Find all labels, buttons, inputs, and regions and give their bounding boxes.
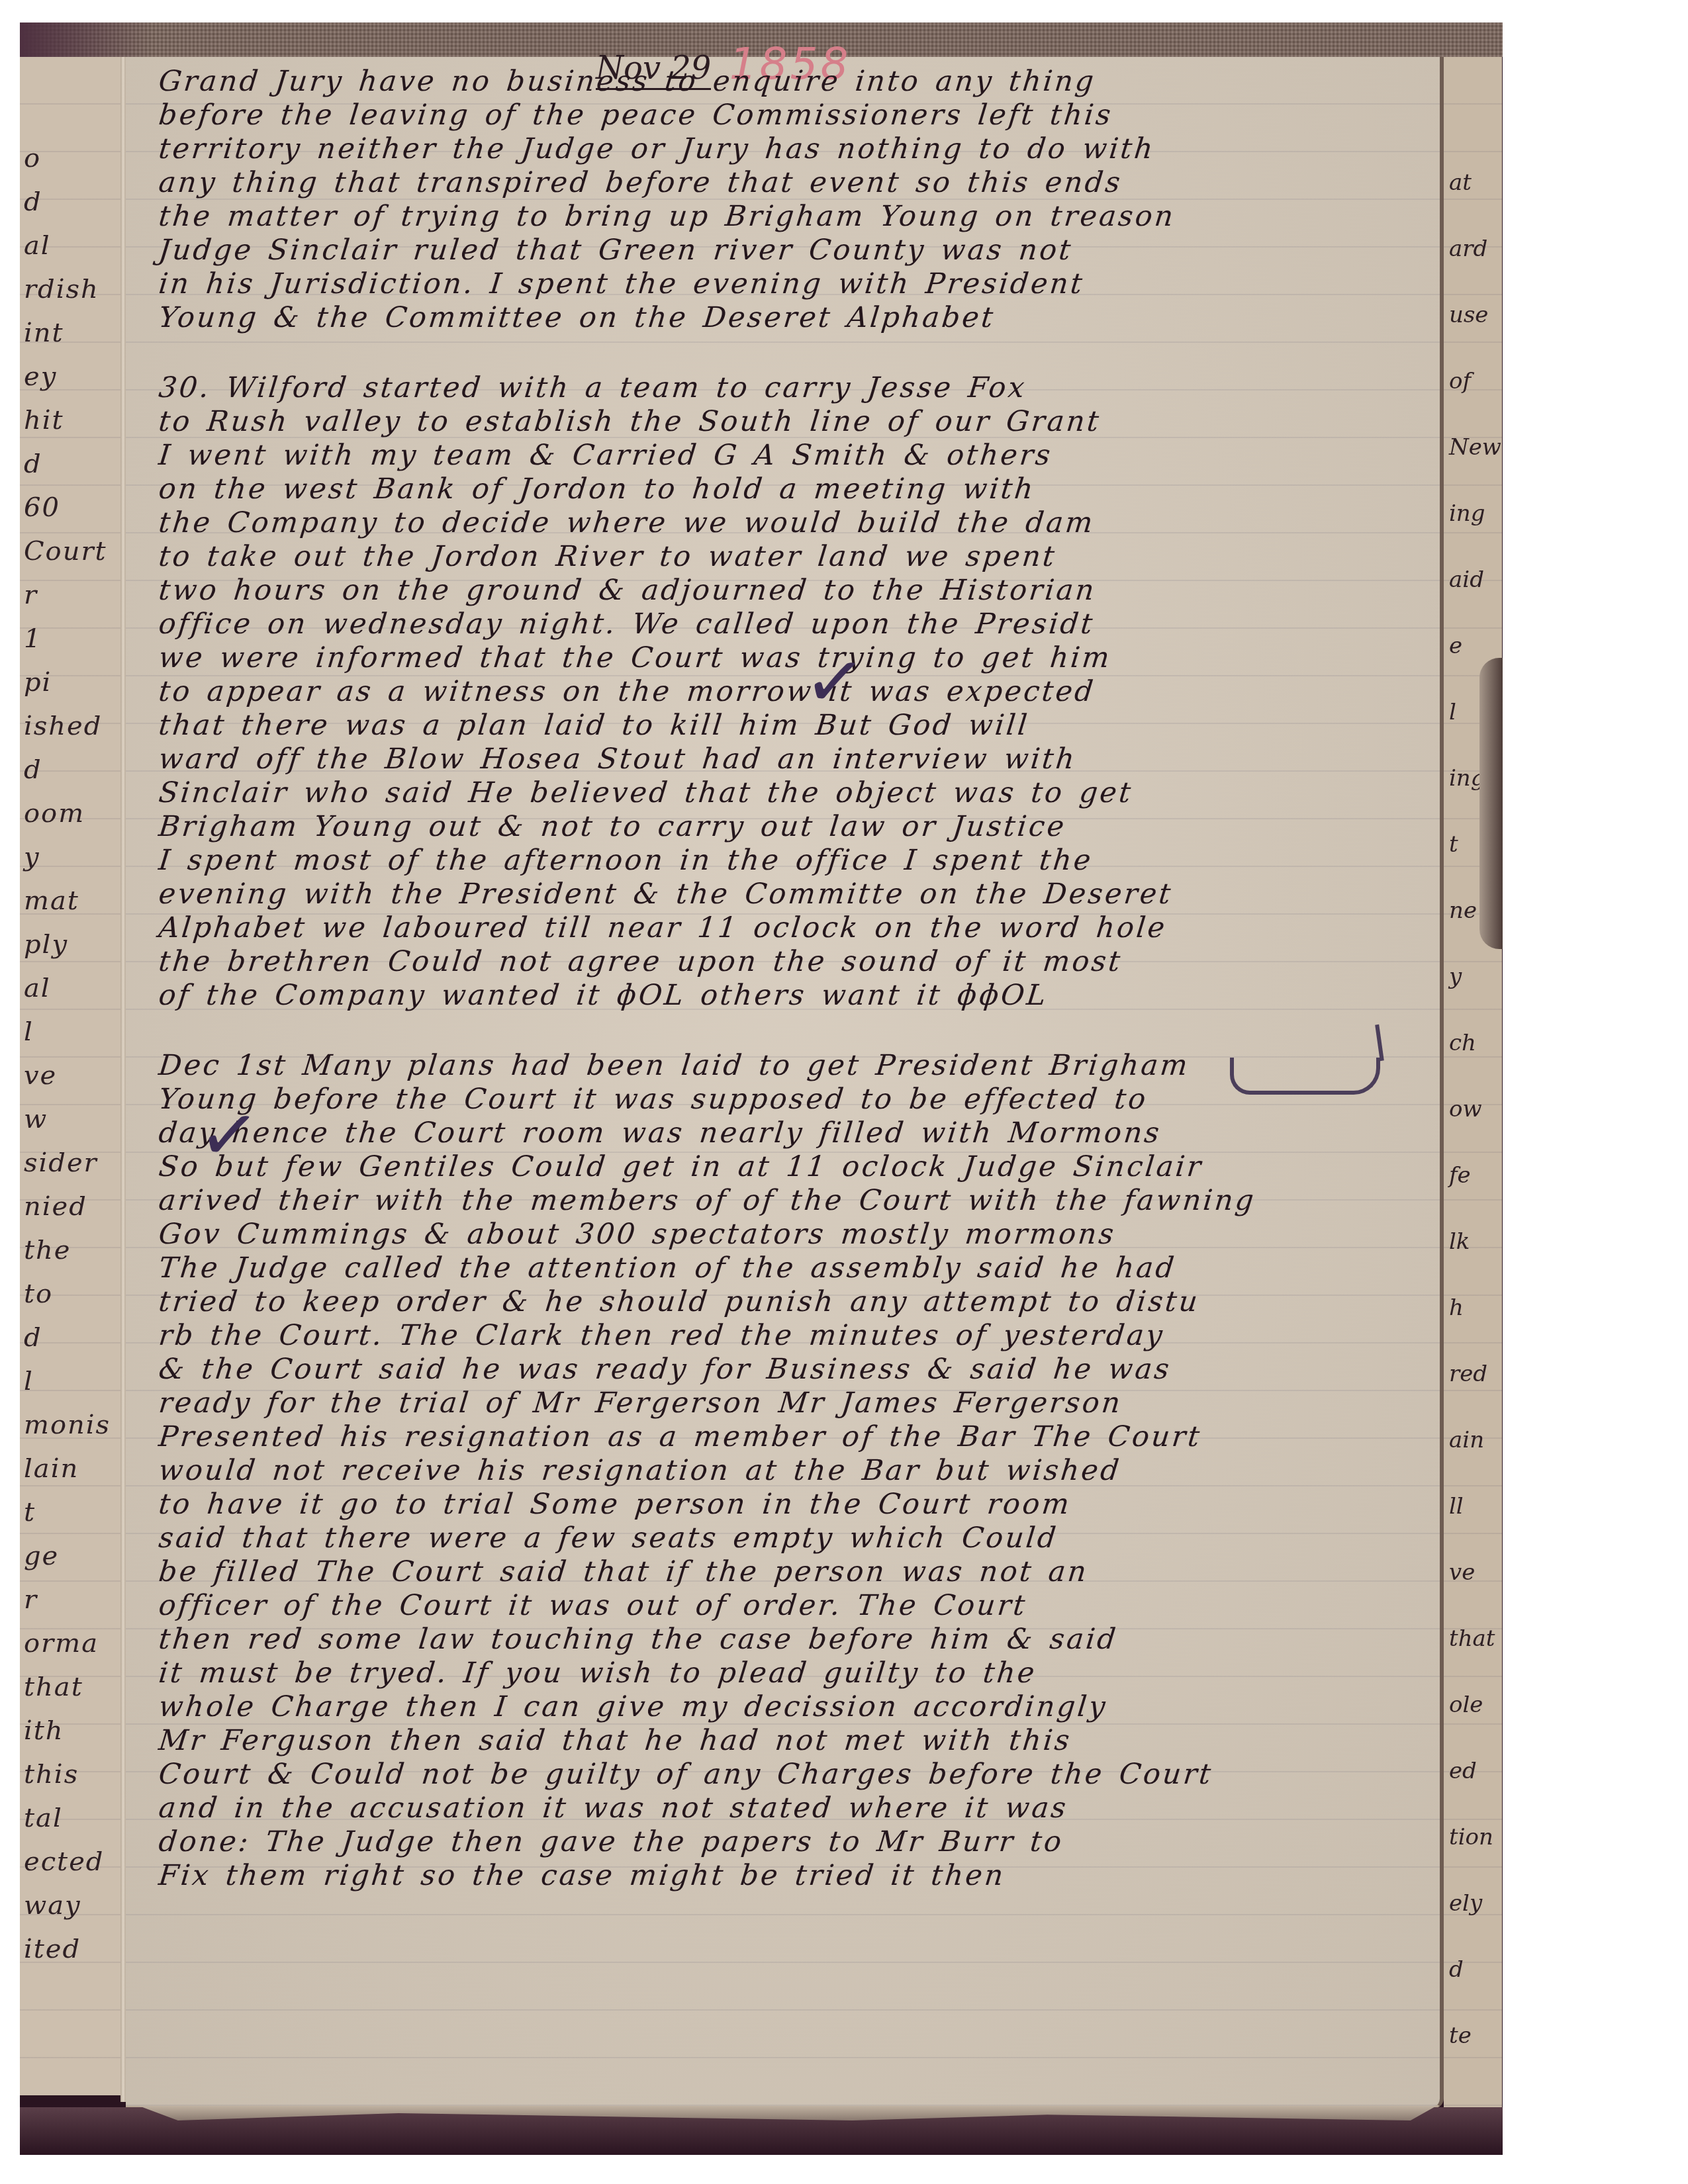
right-strip-fragment-text: t xyxy=(1449,831,1458,858)
text-line: 30. Wilford started with a team to carry… xyxy=(157,371,1418,405)
text-line: officer of the Court it was out of order… xyxy=(157,1589,1418,1623)
text-line: it must be tryed. If you wish to plead g… xyxy=(157,1657,1418,1690)
right-strip-fragment-text: of xyxy=(1449,368,1471,394)
text-line: to Rush valley to establish the South li… xyxy=(157,405,1418,439)
text-line: whole Charge then I can give my decissio… xyxy=(157,1690,1418,1724)
text-line: said that there were a few seats empty w… xyxy=(157,1522,1418,1555)
left-page-fragment-text: d xyxy=(24,1322,42,1353)
text-line: office on wednesday night. We called upo… xyxy=(157,608,1418,641)
left-page-fragment-text: to xyxy=(24,1279,53,1309)
text-line: Presented his resignation as a member of… xyxy=(157,1420,1418,1454)
text-line: rb the Court. The Clark then red the min… xyxy=(157,1319,1418,1353)
left-page-fragment-text: rdish xyxy=(24,274,99,304)
left-page-fragment-text: ey xyxy=(24,361,57,392)
text-line: then red some law touching the case befo… xyxy=(157,1623,1418,1657)
right-strip-fragment-text: New xyxy=(1449,434,1501,461)
left-page-fragment-text: ve xyxy=(24,1060,57,1091)
left-page-fragment-text: r xyxy=(24,580,38,610)
text-line: to appear as a witness on the morrow it … xyxy=(157,675,1418,709)
text-line: any thing that transpired before that ev… xyxy=(157,166,1418,200)
left-page-fragment-text: nied xyxy=(24,1191,87,1222)
right-strip-fragment-text: red xyxy=(1449,1361,1487,1387)
text-line: that there was a plan laid to kill him B… xyxy=(157,709,1418,743)
right-strip-fragment-text: y xyxy=(1449,964,1462,990)
left-page-fragment-text: l xyxy=(24,1366,34,1396)
right-strip-fragment-text: ely xyxy=(1449,1890,1482,1917)
journal-text: Grand Jury have no business to enquire i… xyxy=(159,65,1417,1893)
right-strip-fragment-text: d xyxy=(1449,1956,1464,1983)
right-strip-fragment-text: ed xyxy=(1449,1758,1477,1784)
right-strip-fragment-text: ing xyxy=(1449,500,1485,527)
left-page-fragment-text: l xyxy=(24,1017,34,1047)
text-line: Gov Cummings & about 300 spectators most… xyxy=(157,1218,1418,1251)
left-page-fragment-text: r xyxy=(24,1584,38,1615)
text-line: The Judge called the attention of the as… xyxy=(157,1251,1418,1285)
right-strip-fragment-text: tion xyxy=(1449,1824,1493,1850)
text-line: Court & Could not be guilty of any Charg… xyxy=(157,1758,1418,1792)
left-page-fragment-text: int xyxy=(24,318,64,348)
text-line: and in the accusation it was not stated … xyxy=(157,1792,1418,1825)
left-page-fragment-text: this xyxy=(24,1759,79,1790)
text-line: Grand Jury have no business to enquire i… xyxy=(157,65,1418,99)
right-strip-fragment-text: at xyxy=(1449,169,1472,196)
text-line: territory neither the Judge or Jury has … xyxy=(157,132,1418,166)
left-page-fragment-text: ith xyxy=(24,1715,64,1746)
text-line: Fix them right so the case might be trie… xyxy=(157,1859,1418,1893)
text-line: Brigham Young out & not to carry out law… xyxy=(157,810,1418,844)
text-line: to have it go to trial Some person in th… xyxy=(157,1488,1418,1522)
right-strip-fragment-text: ch xyxy=(1449,1030,1476,1056)
text-line: we were informed that the Court was tryi… xyxy=(157,641,1418,675)
torn-edge-shadow xyxy=(1479,658,1503,949)
text-line: the brethren Could not agree upon the so… xyxy=(157,945,1418,979)
text-line: Mr Ferguson then said that he had not me… xyxy=(157,1724,1418,1758)
left-page-fragment-text: sider xyxy=(24,1148,98,1178)
right-strip-fragment-text: lk xyxy=(1449,1228,1470,1255)
text-line: Alphabet we laboured till near 11 oclock… xyxy=(157,911,1418,945)
left-page-fragment-text: 60 xyxy=(24,492,60,523)
text-line: day hence the Court room was nearly fill… xyxy=(157,1116,1418,1150)
left-page-fragment-text: 1 xyxy=(24,623,42,654)
left-page-fragment-text: d xyxy=(24,449,42,479)
right-strip-fragment-text: ll xyxy=(1449,1493,1464,1520)
left-page-fragment-text: ge xyxy=(24,1541,59,1571)
left-page-fragment-text: ected xyxy=(24,1846,104,1877)
text-line: ready for the trial of Mr Fergerson Mr J… xyxy=(157,1387,1418,1420)
text-line: I spent most of the afternoon in the off… xyxy=(157,844,1418,878)
right-strip-fragment-text: ain xyxy=(1449,1427,1484,1453)
right-strip-fragment-text: ne xyxy=(1449,897,1477,924)
left-page-fragment-text: o xyxy=(24,143,41,173)
right-page-strip: atarduseofNewingaidelingtneychowfelkhred… xyxy=(1444,57,1502,2109)
text-line: would not receive his resignation at the… xyxy=(157,1454,1418,1488)
text-line: arived their with the members of of the … xyxy=(157,1184,1418,1218)
text-line: So but few Gentiles Could get in at 11 o… xyxy=(157,1150,1418,1184)
text-line: Dec 1st Many plans had been laid to get … xyxy=(157,1049,1418,1083)
right-strip-fragment-text: ow xyxy=(1449,1096,1482,1122)
left-page-fragment-text: tal xyxy=(24,1803,63,1833)
entry-dec-1: Dec 1st Many plans had been laid to get … xyxy=(159,1049,1417,1893)
right-strip-fragment-text: e xyxy=(1449,633,1462,659)
left-page-fragment-text: al xyxy=(24,230,51,261)
text-line: Sinclair who said He believed that the o… xyxy=(157,776,1418,810)
left-page-fragment-text: w xyxy=(24,1104,48,1134)
right-strip-fragment-text: fe xyxy=(1449,1162,1471,1189)
entry-nov-30: 30. Wilford started with a team to carry… xyxy=(159,371,1417,1013)
left-page-fragment-text: al xyxy=(24,973,51,1003)
text-line: the matter of trying to bring up Brigham… xyxy=(157,200,1418,234)
text-line: the Company to decide where we would bui… xyxy=(157,506,1418,540)
text-line: Young before the Court it was supposed t… xyxy=(157,1083,1418,1116)
text-line: Judge Sinclair ruled that Green river Co… xyxy=(157,234,1418,267)
left-page-fragment-text: way xyxy=(24,1890,81,1921)
right-strip-fragment-text: aid xyxy=(1449,567,1484,593)
text-line: tried to keep order & he should punish a… xyxy=(157,1285,1418,1319)
text-line: & the Court said he was ready for Busine… xyxy=(157,1353,1418,1387)
left-page-fragment-text: mat xyxy=(24,886,79,916)
left-page-fragment-text: d xyxy=(24,187,42,217)
right-strip-fragment-text: h xyxy=(1449,1295,1464,1321)
right-strip-fragment-text: that xyxy=(1449,1625,1495,1652)
left-page-fragment-text: ply xyxy=(24,929,68,960)
left-page-fragment-text: that xyxy=(24,1672,83,1702)
left-page-fragment-text: orma xyxy=(24,1628,99,1659)
text-line: on the west Bank of Jordon to hold a mee… xyxy=(157,473,1418,506)
left-page-fragment-text: ished xyxy=(24,711,102,741)
left-page-fragment: odalrdishinteyhitd60Courtr1piisheddoomym… xyxy=(20,57,124,2095)
bracket-annotation xyxy=(1230,1058,1380,1095)
check-mark-icon: ✓ xyxy=(801,642,869,721)
left-page-fragment-text: lain xyxy=(24,1453,79,1484)
left-page-fragment-text: hit xyxy=(24,405,64,435)
right-strip-fragment-text: ve xyxy=(1449,1559,1475,1586)
text-line: evening with the President & the Committ… xyxy=(157,878,1418,911)
right-strip-fragment-text: ard xyxy=(1449,236,1487,262)
left-page-fragment-text: pi xyxy=(24,667,52,698)
right-strip-fragment-text: use xyxy=(1449,302,1488,328)
text-line: in his Jurisdiction. I spent the evening… xyxy=(157,267,1418,301)
text-line: to take out the Jordon River to water la… xyxy=(157,540,1418,574)
left-page-fragment-text: Court xyxy=(24,536,107,567)
text-line: ward off the Blow Hosea Stout had an int… xyxy=(157,743,1418,776)
text-line: of the Company wanted it ɸOL others want… xyxy=(157,979,1418,1013)
text-line: I went with my team & Carried G A Smith … xyxy=(157,439,1418,473)
text-line: done: The Judge then gave the papers to … xyxy=(157,1825,1418,1859)
right-strip-fragment-text: ole xyxy=(1449,1692,1483,1718)
left-page-fragment-text: monis xyxy=(24,1410,111,1440)
text-line: before the leaving of the peace Commissi… xyxy=(157,99,1418,132)
text-line: two hours on the ground & adjourned to t… xyxy=(157,574,1418,608)
left-page-fragment-text: t xyxy=(24,1497,36,1527)
entry-nov-29: Grand Jury have no business to enquire i… xyxy=(159,65,1417,335)
left-page-fragment-text: ited xyxy=(24,1934,81,1964)
left-page-fragment-text: d xyxy=(24,754,42,785)
left-page-fragment-text: the xyxy=(24,1235,71,1265)
check-mark-icon: ✓ xyxy=(195,1095,263,1174)
text-line: be filled The Court said that if the per… xyxy=(157,1555,1418,1589)
right-strip-fragment-text: l xyxy=(1449,699,1456,725)
text-line: Young & the Committee on the Deseret Alp… xyxy=(157,301,1418,335)
left-page-fragment-text: y xyxy=(24,842,40,872)
left-page-fragment-text: oom xyxy=(24,798,85,829)
right-strip-fragment-text: te xyxy=(1449,2023,1472,2049)
